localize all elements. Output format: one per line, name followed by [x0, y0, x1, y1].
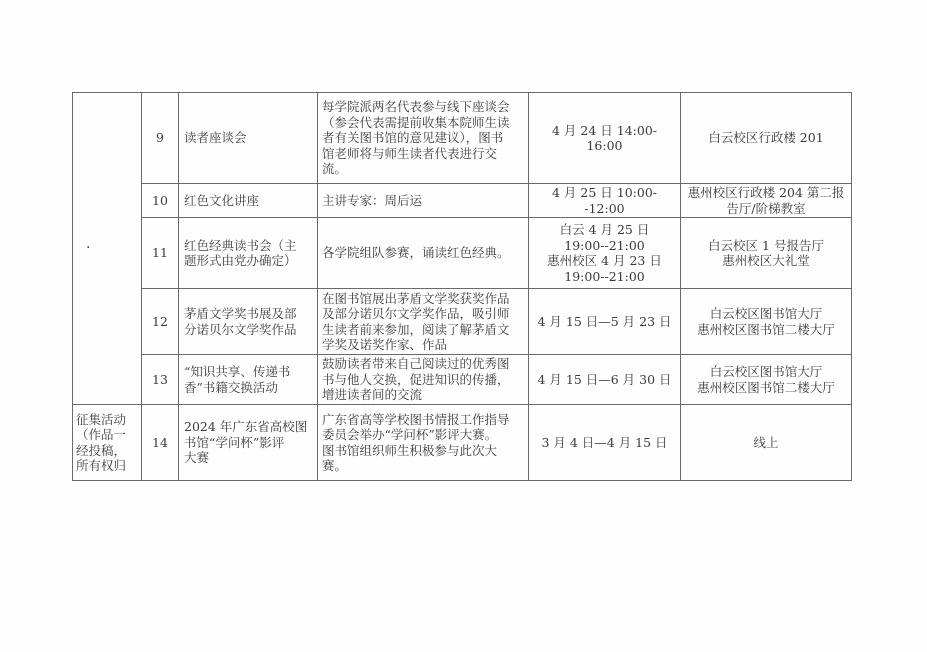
table-row: · 9 读者座谈会 每学院派两名代表参与线下座谈会 （参会代表需提前收集本院师生…: [73, 93, 852, 184]
activity-name: 2024 年广东省高校图 书馆“学问杯”影评 大赛: [179, 405, 318, 481]
table-row: 征集活动 （作品一 经投稿， 所有权归 14 2024 年广东省高校图 书馆“学…: [73, 405, 852, 481]
activity-name: 茅盾文学奖书展及部 分诺贝尔文学奖作品: [179, 289, 318, 355]
activity-name: “知识共享、传递书 香”书籍交换活动: [179, 355, 318, 405]
activity-name: 读者座谈会: [179, 93, 318, 184]
activity-time: 白云 4 月 25 日 19:00--21:00 惠州校区 4 月 23 日 1…: [529, 218, 681, 289]
activity-name: 红色经典读书会（主 题形式由党办确定）: [179, 218, 318, 289]
activity-location: 惠州校区行政楼 204 第二报 告厅/阶梯教室: [681, 184, 852, 218]
row-number: 13: [142, 355, 179, 405]
activity-description: 主讲专家：周后运: [318, 184, 529, 218]
activity-location: 白云校区 1 号报告厅 惠州校区大礼堂: [681, 218, 852, 289]
activity-description: 鼓励读者带来自己阅读过的优秀图 书与他人交换，促进知识的传播， 增进读者间的交流: [318, 355, 529, 405]
row-number: 9: [142, 93, 179, 184]
stray-mark: ·: [86, 241, 90, 257]
activity-description: 各学院组队参赛，诵读红色经典。: [318, 218, 529, 289]
category-cell-reading-activities: ·: [73, 93, 142, 405]
activity-time: 3 月 4 日—4 月 15 日: [529, 405, 681, 481]
activity-description: 每学院派两名代表参与线下座谈会 （参会代表需提前收集本院师生读 者有关图书馆的意…: [318, 93, 529, 184]
document-page: · 9 读者座谈会 每学院派两名代表参与线下座谈会 （参会代表需提前收集本院师生…: [0, 0, 927, 652]
table-row: 10 红色文化讲座 主讲专家：周后运 4 月 25 日 10:00--12:00…: [73, 184, 852, 218]
activity-description: 广东省高等学校图书情报工作指导 委员会举办“学问杯”影评大赛。 图书馆组织师生积…: [318, 405, 529, 481]
activity-location: 白云校区图书馆大厅 惠州校区图书馆二楼大厅: [681, 289, 852, 355]
activity-name: 红色文化讲座: [179, 184, 318, 218]
row-number: 14: [142, 405, 179, 481]
row-number: 11: [142, 218, 179, 289]
activity-location: 白云校区行政楼 201: [681, 93, 852, 184]
activity-time: 4 月 25 日 10:00--12:00: [529, 184, 681, 218]
table-row: 11 红色经典读书会（主 题形式由党办确定） 各学院组队参赛，诵读红色经典。 白…: [73, 218, 852, 289]
activity-time: 4 月 24 日 14:00-16:00: [529, 93, 681, 184]
activity-time: 4 月 15 日—5 月 23 日: [529, 289, 681, 355]
table-row: 12 茅盾文学奖书展及部 分诺贝尔文学奖作品 在图书馆展出茅盾文学奖获奖作品 及…: [73, 289, 852, 355]
row-number: 12: [142, 289, 179, 355]
table-row: 13 “知识共享、传递书 香”书籍交换活动 鼓励读者带来自己阅读过的优秀图 书与…: [73, 355, 852, 405]
category-cell-collection-activities: 征集活动 （作品一 经投稿， 所有权归: [73, 405, 142, 481]
row-number: 10: [142, 184, 179, 218]
activity-location: 白云校区图书馆大厅 惠州校区图书馆二楼大厅: [681, 355, 852, 405]
activity-time: 4 月 15 日—6 月 30 日: [529, 355, 681, 405]
activity-location: 线上: [681, 405, 852, 481]
activity-schedule-table: · 9 读者座谈会 每学院派两名代表参与线下座谈会 （参会代表需提前收集本院师生…: [72, 92, 852, 481]
activity-description: 在图书馆展出茅盾文学奖获奖作品 及部分诺贝尔文学奖作品，吸引师 生读者前来参加，…: [318, 289, 529, 355]
